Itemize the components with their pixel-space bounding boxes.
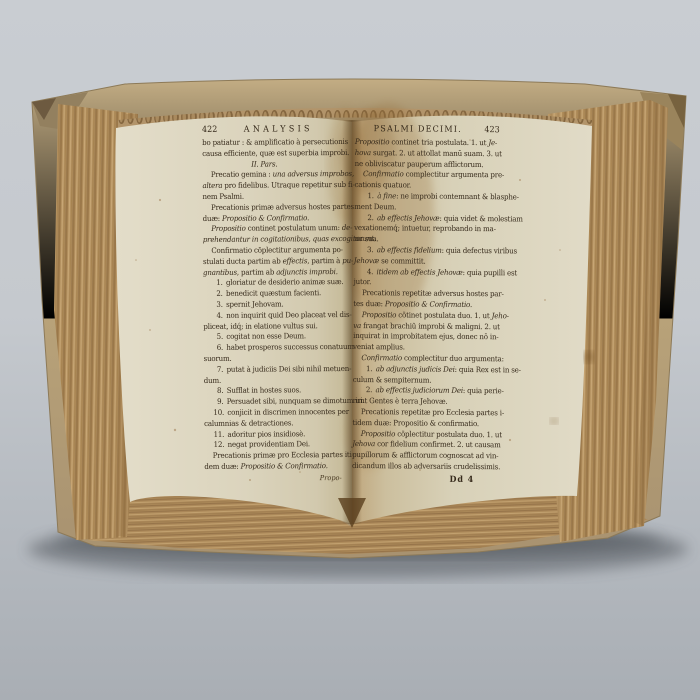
right-page-number: 423 xyxy=(484,125,499,135)
text-line: 7. putat à judiciis Dei sibi nihil metue… xyxy=(204,364,347,376)
small-spot xyxy=(550,418,558,424)
text-line: 1. gloriatur de desiderio animæ suæ. xyxy=(203,277,346,289)
text-line: 6. habet prosperos successus conatuum xyxy=(204,342,347,354)
signature-mark: Dd 4 xyxy=(352,474,497,485)
text-line: causa efficiente, quæ est superbia impro… xyxy=(202,148,345,160)
left-page-lines: bo patiatur : & amplificatio à persecuti… xyxy=(202,137,347,473)
left-running-title: ANALYSIS xyxy=(217,124,345,135)
text-line: dicandum illos ab adversariis crudelissi… xyxy=(352,461,497,473)
right-page-lines: Propositio continet tria postulata. 1. u… xyxy=(352,137,500,473)
left-page-text: 422 ANALYSIS bo patiatur : & amplificati… xyxy=(202,124,347,483)
text-line: altera pro fidelibus. Utraque repetitur … xyxy=(202,180,345,192)
margin-mark xyxy=(584,351,594,363)
right-page-header: PSALMI DECIMI. 423 xyxy=(355,124,500,135)
catchword: Propo- xyxy=(204,474,347,483)
text-line: 4. non inquirit quid Deo placeat vel dis… xyxy=(203,310,346,322)
photograph-of-open-book: 422 ANALYSIS bo patiatur : & amplificati… xyxy=(0,0,700,700)
left-page-number: 422 xyxy=(202,125,217,135)
text-line: 10. conjicit in discrimen innocentes per xyxy=(204,407,347,419)
text-line: Precationis primæ adversus hostes partes xyxy=(203,202,346,214)
text-line: dem duæ: Propositio & Confirmatio. xyxy=(204,461,347,473)
left-page-header: 422 ANALYSIS xyxy=(202,124,345,135)
right-running-title: PSALMI DECIMI. xyxy=(355,124,485,135)
text-line: 4. itidem ab effectis Jehovæ: quia pupil… xyxy=(354,267,499,279)
right-page-text: PSALMI DECIMI. 423 Propositio continet t… xyxy=(352,124,500,485)
